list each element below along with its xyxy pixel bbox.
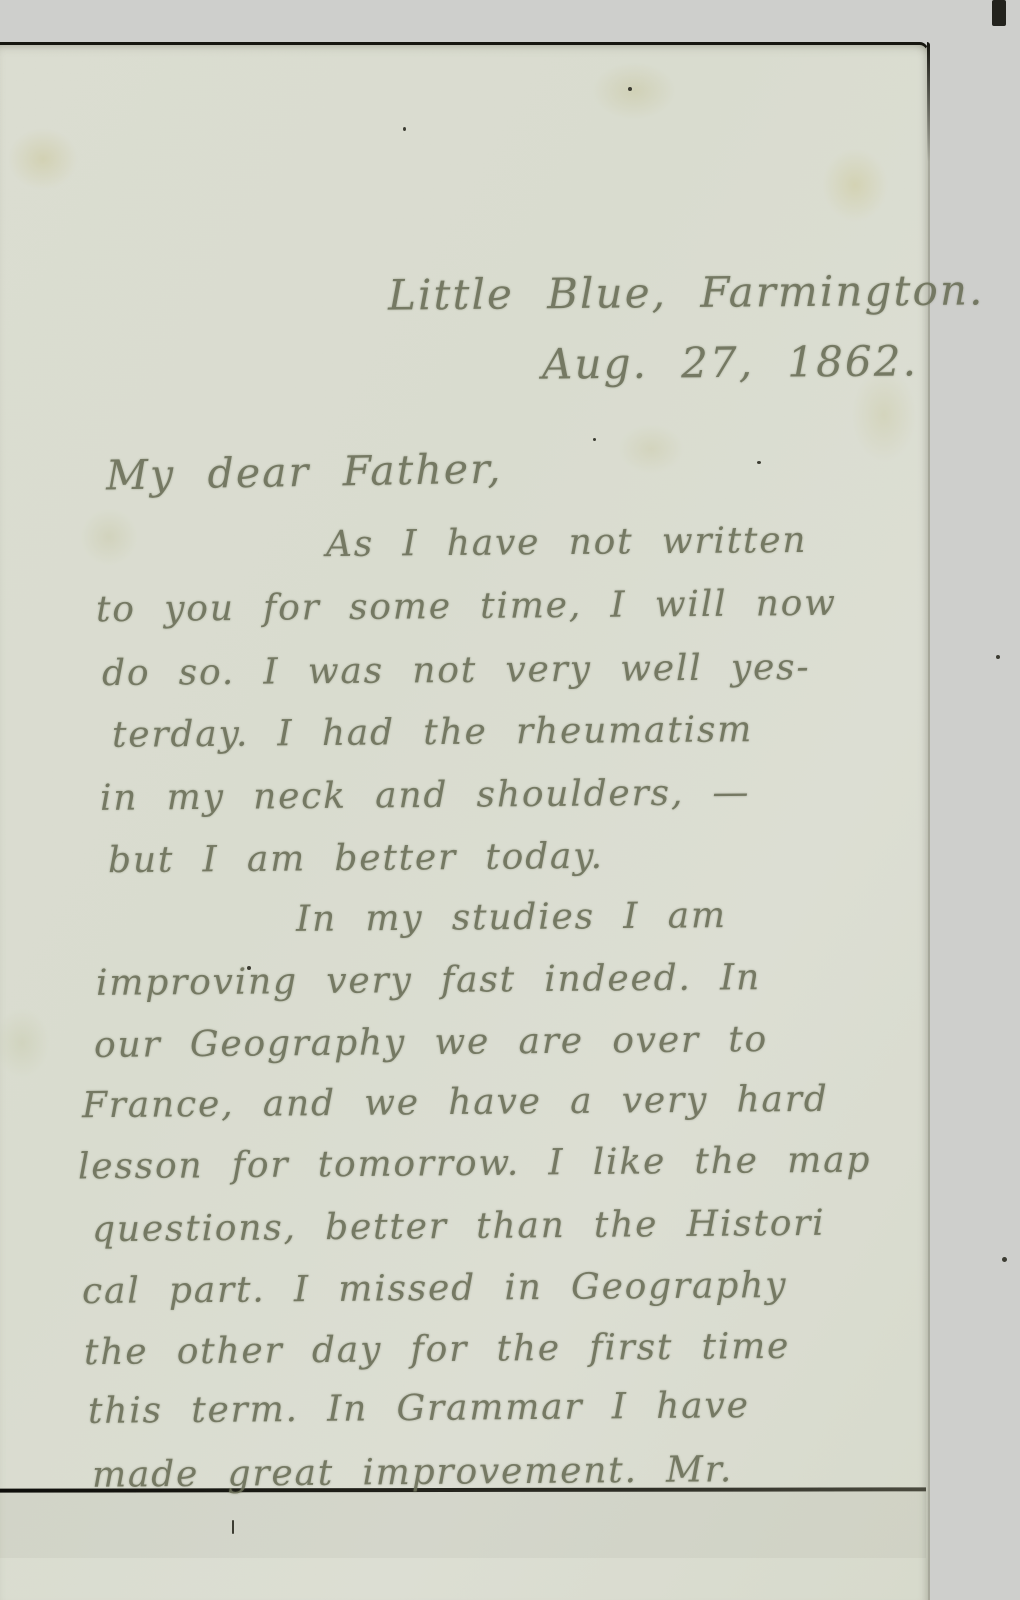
letter-line: this term. In Grammar I have <box>88 1385 750 1432</box>
ink-speck <box>403 127 406 131</box>
scan-artifact <box>1002 1257 1007 1262</box>
letter-line: made great improvement. Mr. <box>92 1449 733 1496</box>
letter-line: but I am better today. <box>108 836 604 881</box>
letter-line: questions, better than the Histori <box>92 1203 826 1250</box>
ink-speck <box>628 87 632 91</box>
letter-line: in my neck and shoulders, — <box>100 772 751 819</box>
letter-line: do so. I was not very well yes- <box>102 647 811 694</box>
letter-line: cal part. I missed in Geography <box>82 1265 788 1312</box>
scanned-letter: Little Blue, Farmington. Aug. 27, 1862. … <box>0 0 1020 1600</box>
ink-speck <box>593 438 596 441</box>
letter-line: lesson for tomorrow. I like the map <box>78 1140 872 1188</box>
letter-heading-date: Aug. 27, 1862. <box>542 336 918 388</box>
letter-line: France, and we have a very hard <box>82 1079 829 1127</box>
letter-salutation: My dear Father, <box>106 445 503 500</box>
letter-line: terday. I had the rheumatism <box>112 709 753 756</box>
scan-artifact <box>996 655 1000 659</box>
letter-line: the other day for the first time <box>84 1326 791 1373</box>
ink-speck <box>757 461 761 464</box>
page-right-edge <box>927 42 930 162</box>
letter-line: our Geography we are over to <box>94 1019 768 1066</box>
letter-heading-place: Little Blue, Farmington. <box>388 265 985 319</box>
ink-speck <box>232 1520 234 1534</box>
letter-line: improving very fast indeed. In <box>96 957 761 1004</box>
scan-artifact <box>992 0 1006 26</box>
page-footer-strip <box>0 1492 926 1558</box>
letter-line: In my studies I am <box>296 895 727 940</box>
letter-line: to you for some time, I will now <box>96 583 837 630</box>
letter-line: As I have not written <box>326 520 808 565</box>
